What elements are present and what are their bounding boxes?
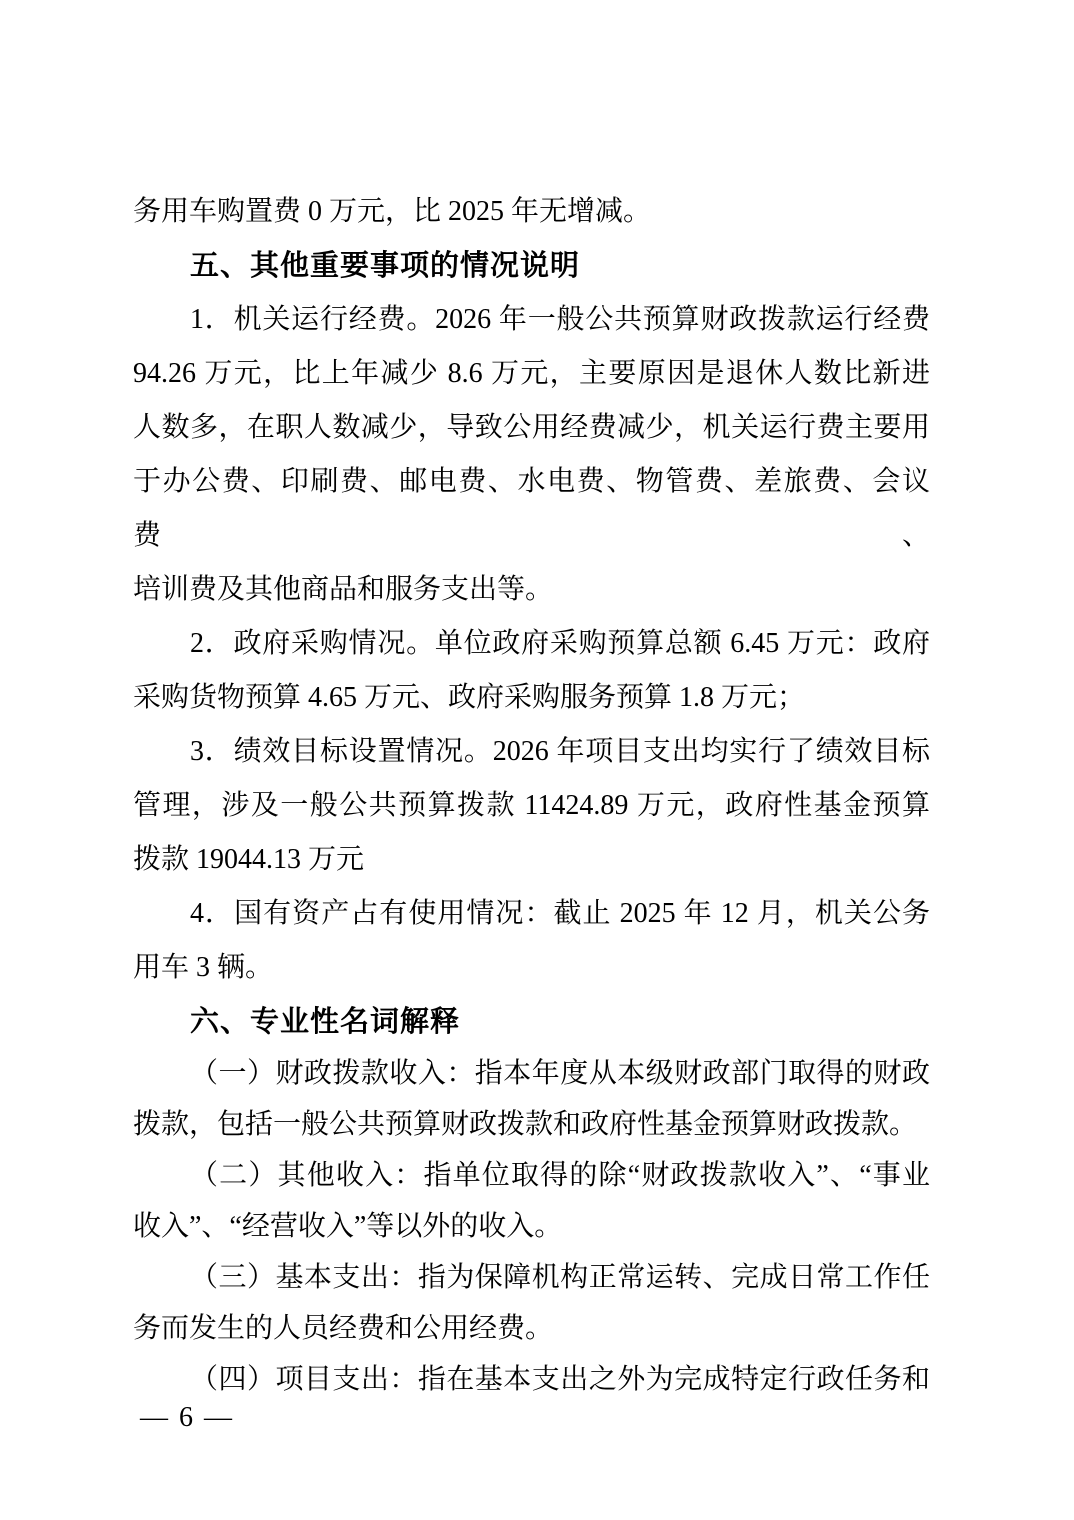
paragraph: 务用车购置费 0 万元，比 2025 年无增减。 xyxy=(133,185,930,239)
text-line: 培训费及其他商品和服务支出等。 xyxy=(133,563,930,617)
text-line: 4．国有资产占有使用情况：截止 2025 年 12 月，机关公务 xyxy=(133,887,930,941)
text-line: 管理，涉及一般公共预算拨款 11424.89 万元，政府性基金预算 xyxy=(133,779,930,833)
section-heading: 五、其他重要事项的情况说明 xyxy=(133,239,930,293)
text-line: 务用车购置费 0 万元，比 2025 年无增减。 xyxy=(133,185,930,239)
text-line: （一）财政拨款收入：指本年度从本级财政部门取得的财政 xyxy=(133,1048,930,1099)
text-line: 1．机关运行经费。2026 年一般公共预算财政拨款运行经费 xyxy=(133,293,930,347)
text-line: （三）基本支出：指为保障机构正常运转、完成日常工作任 xyxy=(133,1252,930,1303)
text-line: 于办公费、印刷费、邮电费、水电费、物管费、差旅费、会议费、 xyxy=(133,455,930,563)
text-line: 用车 3 辆。 xyxy=(133,941,930,995)
paragraph: 3．绩效目标设置情况。2026 年项目支出均实行了绩效目标管理，涉及一般公共预算… xyxy=(133,725,930,887)
page-number: — 6 — xyxy=(140,1402,234,1433)
paragraph: （三）基本支出：指为保障机构正常运转、完成日常工作任务而发生的人员经费和公用经费… xyxy=(133,1252,930,1354)
page-footer: — 6 — xyxy=(140,1402,234,1434)
text-line: 收入”、“经营收入”等以外的收入。 xyxy=(133,1201,930,1252)
text-line: 采购货物预算 4.65 万元、政府采购服务预算 1.8 万元； xyxy=(133,671,930,725)
text-line: 94.26 万元，比上年减少 8.6 万元，主要原因是退休人数比新进 xyxy=(133,347,930,401)
paragraph: 2．政府采购情况。单位政府采购预算总额 6.45 万元：政府采购货物预算 4.6… xyxy=(133,617,930,725)
text-line: （四）项目支出：指在基本支出之外为完成特定行政任务和 xyxy=(133,1354,930,1405)
paragraph: 1．机关运行经费。2026 年一般公共预算财政拨款运行经费94.26 万元，比上… xyxy=(133,293,930,617)
text-line: （二）其他收入：指单位取得的除“财政拨款收入”、“事业 xyxy=(133,1150,930,1201)
paragraph: （二）其他收入：指单位取得的除“财政拨款收入”、“事业收入”、“经营收入”等以外… xyxy=(133,1150,930,1252)
section-heading: 六、专业性名词解释 xyxy=(133,997,930,1048)
paragraph: （四）项目支出：指在基本支出之外为完成特定行政任务和 xyxy=(133,1354,930,1405)
paragraph: 4．国有资产占有使用情况：截止 2025 年 12 月，机关公务用车 3 辆。 xyxy=(133,887,930,995)
text-line: 2．政府采购情况。单位政府采购预算总额 6.45 万元：政府 xyxy=(133,617,930,671)
document-section: 务用车购置费 0 万元，比 2025 年无增减。五、其他重要事项的情况说明1．机… xyxy=(133,185,930,995)
paragraph: （一）财政拨款收入：指本年度从本级财政部门取得的财政拨款，包括一般公共预算财政拨… xyxy=(133,1048,930,1150)
text-line: 务而发生的人员经费和公用经费。 xyxy=(133,1303,930,1354)
text-line: 拨款 19044.13 万元 xyxy=(133,833,930,887)
document-page: 务用车购置费 0 万元，比 2025 年无增减。五、其他重要事项的情况说明1．机… xyxy=(0,0,1074,1520)
document-body: 务用车购置费 0 万元，比 2025 年无增减。五、其他重要事项的情况说明1．机… xyxy=(133,185,930,1405)
text-line: 人数多，在职人数减少，导致公用经费减少，机关运行费主要用 xyxy=(133,401,930,455)
document-section: 六、专业性名词解释（一）财政拨款收入：指本年度从本级财政部门取得的财政拨款，包括… xyxy=(133,997,930,1405)
text-line: 3．绩效目标设置情况。2026 年项目支出均实行了绩效目标 xyxy=(133,725,930,779)
text-line: 拨款，包括一般公共预算财政拨款和政府性基金预算财政拨款。 xyxy=(133,1099,930,1150)
